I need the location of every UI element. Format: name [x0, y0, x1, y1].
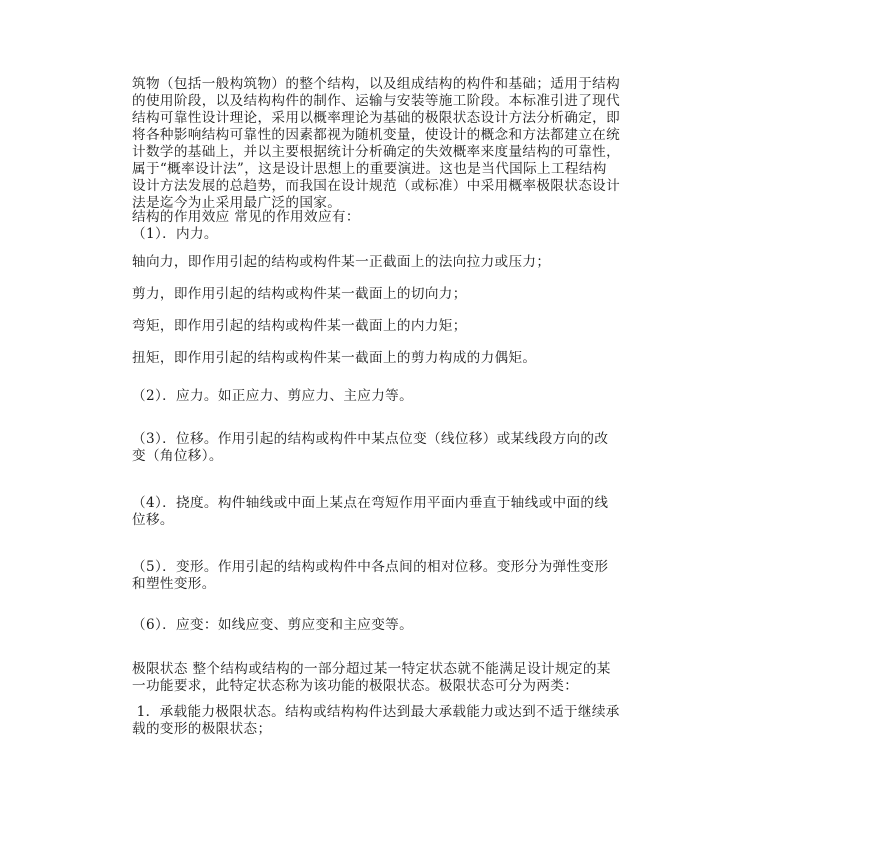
intro-line-2: 的使用阶段，以及结构构件的制作、运输与安装等施工阶段。本标准引进了现代 — [132, 93, 620, 110]
limit-state-line-1: 极限状态 整个结构或结构的一部分超过某一特定状态就不能满足设计规定的某 — [132, 661, 611, 678]
limit-state-1-line-2: 载的变形的极限状态； — [132, 721, 271, 738]
shear-force-text: 剪力，即作用引起的结构或构件某一截面上的切向力； — [132, 286, 467, 303]
axial-force-text: 轴向力，即作用引起的结构或构件某一正截面上的法向拉力或压力； — [132, 254, 550, 271]
item-5-line-1: （5）．变形。作用引起的结构或构件中各点间的相对位移。变形分为弹性变形 — [132, 559, 608, 576]
limit-state-1-line-1: 1．承载能力极限状态。结构或结构构件达到最大承载能力或达到不适于继续承 — [132, 704, 620, 721]
item-6-strain: （6）．应变：如线应变、剪应变和主应变等。 — [132, 617, 413, 634]
intro-line-5: 计数学的基础上，并以主要根据统计分析确定的失效概率来度量结构的可靠性， — [132, 144, 620, 161]
item-3-line-2: 变（角位移）。 — [132, 448, 223, 465]
bending-moment-text: 弯矩，即作用引起的结构或构件某一截面上的内力矩； — [132, 318, 467, 335]
item-4-line-1: （4）．挠度。构件轴线或中面上某点在弯短作用平面内垂直于轴线或中面的线 — [132, 495, 608, 512]
effects-heading: 结构的作用效应 常见的作用效应有： — [132, 209, 360, 226]
intro-line-3: 结构可靠性设计理论，采用以概率理论为基础的极限状态设计方法分析确定，即 — [132, 110, 620, 127]
intro-line-1: 筑物（包括一般构筑物）的整个结构，以及组成结构的构件和基础；适用于结构 — [132, 76, 620, 93]
intro-line-4: 将各种影响结构可靠性的因素都视为随机变量，使设计的概念和方法都建立在统 — [132, 127, 620, 144]
torque-text: 扭矩，即作用引起的结构或构件某一截面上的剪力构成的力偶矩。 — [132, 350, 536, 367]
item-1-title: （1）．内力。 — [132, 226, 218, 243]
item-4-line-2: 位移。 — [132, 512, 174, 529]
item-5-line-2: 和塑性变形。 — [132, 576, 216, 593]
intro-line-7: 设计方法发展的总趋势，而我国在设计规范（或标准）中采用概率极限状态设计 — [132, 178, 620, 195]
item-2-stress: （2）．应力。如正应力、剪应力、主应力等。 — [132, 388, 413, 405]
item-3-line-1: （3）．位移。作用引起的结构或构件中某点位变（线位移）或某线段方向的改 — [132, 431, 608, 448]
limit-state-line-2: 一功能要求，此特定状态称为该功能的极限状态。极限状态可分为两类： — [132, 678, 578, 695]
intro-line-6: 属于“概率设计法”，这是设计思想上的重要演进。这也是当代国际上工程结构 — [132, 161, 607, 178]
